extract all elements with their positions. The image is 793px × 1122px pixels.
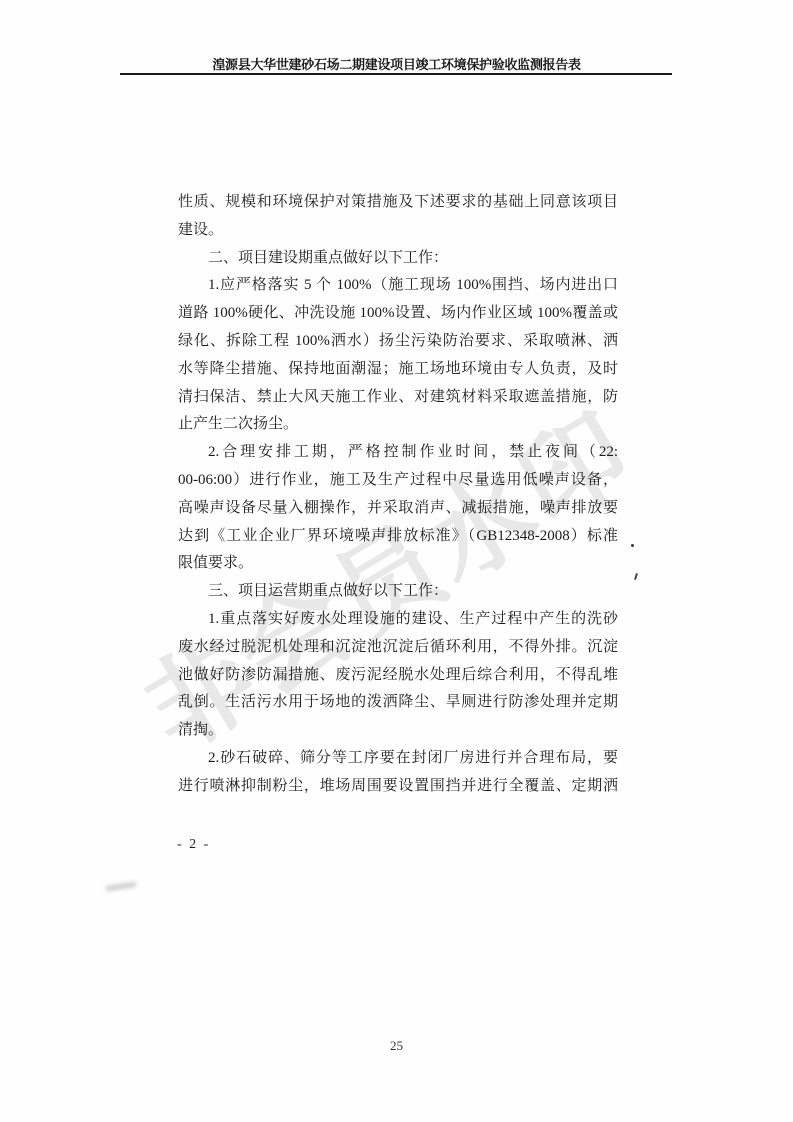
page-title: 湟源县大华世建砂石场二期建设项目竣工环境保护验收监测报告表 bbox=[0, 54, 793, 73]
body-line: 限值要求。 bbox=[178, 550, 618, 578]
body-line: 废水经过脱泥机处理和沉淀池沉淀后循环利用，不得外排。沉淀 bbox=[178, 634, 618, 662]
document-page-number: - 2 - bbox=[177, 837, 210, 853]
scanned-document-page: 湟源县大华世建砂石场二期建设项目竣工环境保护验收监测报告表 非会员水印 性质、规… bbox=[0, 0, 793, 1122]
body-line: 00-06:00）进行作业，施工及生产过程中尽量选用低噪声设备， bbox=[178, 467, 618, 495]
body-line: 2.合理安排工期，严格控制作业时间，禁止夜间（22: bbox=[178, 439, 618, 467]
body-line: 池做好防渗防漏措施、废污泥经脱水处理后综合利用，不得乱堆 bbox=[178, 662, 618, 690]
body-line: 1.重点落实好废水处理设施的建设、生产过程中产生的洗砂 bbox=[178, 606, 618, 634]
body-line: 进行喷淋抑制粉尘，堆场周围要设置围挡并进行全覆盖、定期洒 bbox=[178, 773, 618, 801]
body-line: 清扫保洁、禁止大风天施工作业、对建筑材料采取遮盖措施，防 bbox=[178, 384, 618, 412]
scan-artifact-dot bbox=[631, 544, 634, 547]
body-line: 乱倒。生活污水用于场地的泼洒降尘、旱厕进行防渗处理并定期 bbox=[178, 689, 618, 717]
pdf-page-number: 25 bbox=[0, 1038, 793, 1054]
body-line: 止产生二次扬尘。 bbox=[178, 411, 618, 439]
body-line: 清掏。 bbox=[178, 717, 618, 745]
body-line: 高噪声设备尽量入棚操作，并采取消声、减振措施，噪声排放要 bbox=[178, 495, 618, 523]
body-line: 道路 100%硬化、冲洗设施 100%设置、场内作业区域 100%覆盖或 bbox=[178, 300, 618, 328]
body-line: 达到《工业企业厂界环境噪声排放标准》（GB12348-2008）标准 bbox=[178, 523, 618, 551]
body-line: 水等降尘措施、保持地面潮湿；施工场地环境由专人负责，及时 bbox=[178, 356, 618, 384]
body-line: 1.应严格落实 5 个 100%（施工现场 100%围挡、场内进出口 bbox=[178, 272, 618, 300]
document-body: 性质、规模和环境保护对策措施及下述要求的基础上同意该项目 建设。 二、项目建设期… bbox=[178, 189, 618, 801]
body-line: 建设。 bbox=[178, 217, 618, 245]
body-line: 绿化、拆除工程 100%洒水）扬尘污染防治要求、采取喷淋、洒 bbox=[178, 328, 618, 356]
scan-artifact-tick bbox=[634, 573, 638, 580]
section-heading: 二、项目建设期重点做好以下工作： bbox=[178, 245, 618, 273]
scan-artifact-smudge bbox=[106, 882, 136, 891]
header-divider-line bbox=[120, 73, 672, 75]
section-heading: 三、项目运营期重点做好以下工作： bbox=[178, 578, 618, 606]
body-line: 2.砂石破碎、筛分等工序要在封闭厂房进行并合理布局，要 bbox=[178, 745, 618, 773]
body-line: 性质、规模和环境保护对策措施及下述要求的基础上同意该项目 bbox=[178, 189, 618, 217]
